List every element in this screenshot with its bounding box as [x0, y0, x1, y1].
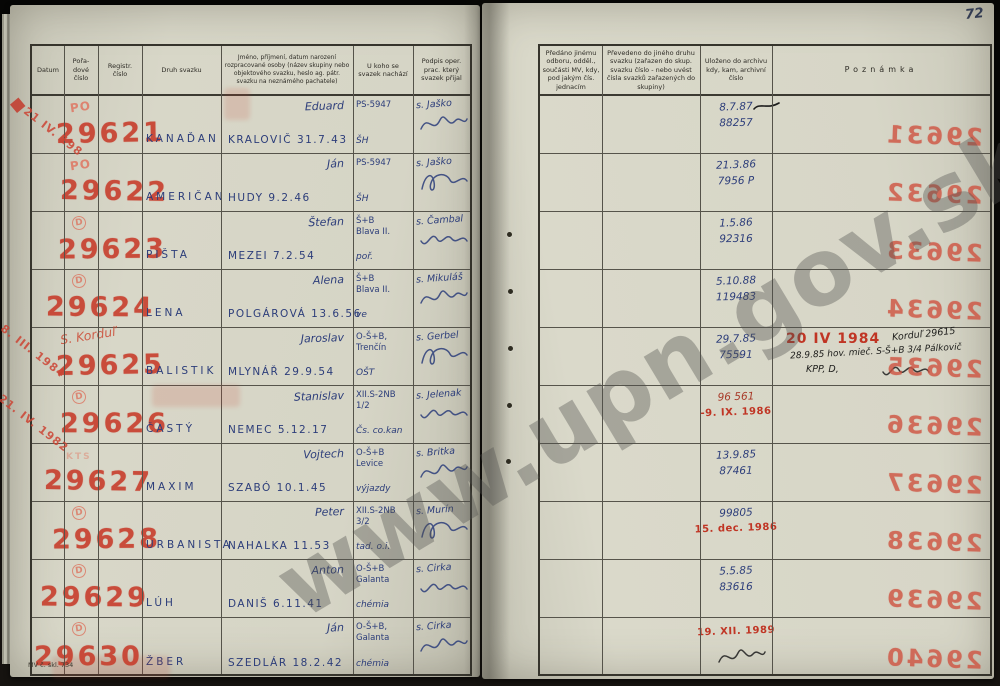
archive-date: 96 561	[700, 390, 772, 405]
binding-stitch-hole	[507, 232, 512, 237]
d-mark: D	[71, 273, 87, 289]
first-name: Stanislav	[230, 389, 344, 406]
signature-scribble	[716, 644, 768, 668]
archive-date-stamp: -9. IX. 1986	[688, 405, 784, 419]
mirrored-bleed-stamp: 29639	[883, 584, 982, 615]
first-name: Vojtech	[230, 447, 344, 464]
file-codename: KANAĎAN	[146, 133, 219, 145]
signature-scribble	[418, 169, 470, 193]
surname-and-dob: SZABÓ 10.1.45	[228, 482, 327, 494]
page-number: 72	[964, 5, 984, 23]
signature-scribble	[418, 633, 470, 657]
po-mark: PO	[69, 99, 92, 116]
col-header-podpis: Podpis oper. prac. který svazek přijal	[413, 46, 470, 94]
register-row: 8.7.8788257 29631	[540, 96, 990, 154]
receiving-officer: s. Cirka	[416, 562, 452, 575]
signature-scribble	[418, 517, 470, 541]
receiving-officer: s. Jelenak	[416, 387, 462, 401]
d-mark: D	[71, 505, 87, 521]
column-divider	[700, 46, 701, 674]
receiving-officer: s. Murín	[416, 504, 454, 518]
holder-unit: O-Š+B, Galanta	[356, 622, 412, 643]
file-codename: PIŠTA	[146, 249, 190, 261]
col-header-poznamka: Poznámka	[772, 46, 990, 94]
mirrored-bleed-stamp: 29637	[883, 468, 982, 499]
registration-number-stamp: 29628	[52, 524, 161, 556]
scanned-register-photo: Datum Pořa-dové číslo Registr. číslo Dru…	[0, 0, 1000, 686]
register-row: 29.7.857559120 IV 1984 Korduľ 29615 28.9…	[540, 328, 990, 386]
first-name: Ján	[230, 157, 344, 174]
mirrored-bleed-stamp: 29636	[883, 410, 982, 441]
left-register-table: Datum Pořa-dové číslo Registr. číslo Dru…	[30, 44, 472, 676]
first-name: Alena	[230, 273, 344, 290]
surname-and-dob: SZEDLÁR 18.2.42	[228, 657, 343, 669]
red-script-note: S. Korduľ	[59, 324, 116, 348]
registration-number-stamp: 29624	[46, 292, 155, 324]
binding-stitch-hole	[506, 459, 511, 464]
kts-mark: KTS	[66, 452, 92, 462]
file-codename: AMERIČAN	[146, 191, 226, 203]
column-divider	[221, 46, 222, 674]
archive-number: 7956 P	[700, 174, 772, 187]
signature-scribble	[418, 401, 470, 425]
holder-unit: XII.S-2NB 1/2	[356, 390, 412, 411]
mirrored-bleed-stamp: 29634	[883, 294, 982, 325]
holder-unit: O-Š+B, Trenčín	[356, 332, 412, 353]
archive-number: 88257	[700, 116, 772, 129]
archive-date: 13.9.85	[700, 448, 772, 463]
column-divider	[142, 46, 143, 674]
first-name: Peter	[230, 505, 344, 522]
po-mark: PO	[69, 157, 92, 174]
register-row: 19. XII. 1989 29640	[540, 618, 990, 676]
archive-date: 5.10.88	[700, 274, 772, 289]
pen-scribble	[752, 100, 782, 112]
file-codename: MAXIM	[146, 481, 197, 493]
first-name: Jaroslav	[230, 331, 344, 348]
register-row: 5.10.8811948329634	[540, 270, 990, 328]
surname-and-dob: POLGÁROVÁ 13.6.56	[228, 308, 362, 320]
receiving-officer: s. Gerbel	[416, 330, 459, 344]
column-divider	[413, 46, 414, 674]
receiving-officer: s. Jaško	[416, 98, 453, 111]
d-mark: D	[71, 621, 87, 637]
column-divider	[772, 46, 773, 674]
register-row: 21.3.867956 P29632	[540, 154, 990, 212]
file-codename: URBANISTA	[146, 539, 233, 551]
holder-unit: XII.S-2NB 3/2	[356, 506, 412, 527]
archive-number: 87461	[700, 464, 772, 477]
holder-unit: O-Š+B Galanta	[356, 564, 412, 585]
holder-unit: Š+B Blava II.	[356, 274, 412, 295]
signature-scribble	[418, 285, 470, 309]
col-header-jmeno: Jméno, příjmení, datum narození rozpraco…	[221, 46, 353, 94]
register-row: 1.5.869231629633	[540, 212, 990, 270]
holder-note: chémia	[356, 600, 412, 610]
form-code: MV č. skl. 734	[28, 661, 73, 669]
binding-stitch-hole	[507, 403, 512, 408]
col-header-registr: Registr. číslo	[98, 46, 142, 94]
archive-number: 92316	[700, 232, 772, 245]
d-mark: D	[71, 215, 87, 231]
surname-and-dob: KRALOVIČ 31.7.43	[228, 134, 348, 146]
d-mark: D	[71, 389, 87, 405]
binding-stitch-hole	[508, 346, 513, 351]
note-line: Korduľ 29615	[892, 326, 956, 344]
bleed-mark	[224, 88, 250, 120]
file-codename: LENA	[146, 307, 186, 319]
column-divider	[353, 46, 354, 674]
holder-note: ŠH	[356, 136, 412, 146]
archive-number: 75591	[700, 348, 772, 361]
right-table-header: Předáno jinému odboru, odděl., součásti …	[540, 46, 990, 96]
d-mark: D	[71, 563, 87, 579]
first-name: Štefan	[230, 215, 344, 232]
mirrored-bleed-stamp: 29635	[883, 352, 982, 383]
first-name: Anton	[230, 563, 344, 580]
register-row: 9980515. dec. 198629638	[540, 502, 990, 560]
column-divider	[602, 46, 603, 674]
register-row: 5.5.858361629639	[540, 560, 990, 618]
column-divider	[98, 46, 99, 674]
receiving-officer: s. Cirka	[416, 620, 452, 633]
receiving-officer: s. Mikuláš	[416, 271, 463, 285]
holder-unit: PS-5947	[356, 100, 412, 111]
holder-unit: PS-5947	[356, 158, 412, 169]
right-register-table: Předáno jinému odboru, odděl., součásti …	[538, 44, 992, 676]
holder-note: výjazdy	[356, 484, 412, 494]
registration-number-stamp: 29629	[40, 582, 149, 614]
signature-scribble	[418, 111, 470, 135]
mirrored-bleed-stamp: 29631	[883, 120, 982, 151]
archive-date: 1.5.86	[700, 216, 772, 231]
first-name: Ján	[230, 621, 344, 638]
holder-note: OŠT	[356, 368, 412, 378]
holder-note: Čs. co.kan	[356, 426, 412, 436]
holder-note: poř.	[356, 252, 412, 262]
signature-scribble	[418, 227, 470, 251]
mirrored-bleed-stamp: 29632	[883, 178, 982, 209]
register-row: 96 561-9. IX. 198629636	[540, 386, 990, 444]
file-codename: ČASTÝ	[146, 423, 195, 435]
file-codename: LÚH	[146, 597, 176, 609]
archive-date: 99805	[700, 506, 772, 521]
mirrored-bleed-stamp: 29638	[883, 526, 982, 557]
note-line: KPP, D,	[806, 364, 839, 375]
signature-scribble	[418, 575, 470, 599]
col-header-poradove: Pořa-dové číslo	[64, 46, 98, 94]
archive-date: 29.7.85	[700, 332, 772, 347]
signature-scribble	[418, 343, 470, 367]
mirrored-bleed-stamp: 29640	[883, 643, 982, 674]
signature-scribble	[418, 459, 470, 483]
surname-and-dob: MLYNÁŘ 29.9.54	[228, 366, 335, 378]
col-header-ukoho: U koho se svazek nachází	[353, 46, 413, 94]
register-row: 13.9.858746129637	[540, 444, 990, 502]
surname-and-dob: DANIŠ 6.11.41	[228, 598, 324, 610]
mirrored-bleed-stamp: 29633	[883, 236, 982, 267]
holder-note: ve	[356, 310, 412, 320]
col-header-ulozeno: Uloženo do archivu kdy, kam, archivní čí…	[700, 46, 772, 94]
archive-number: 119483	[700, 290, 772, 303]
surname-and-dob: NAHALKA 11.53	[228, 540, 331, 552]
archive-number: 83616	[700, 580, 772, 593]
archive-date-stamp: 15. dec. 1986	[688, 521, 784, 535]
col-header-prevedeno: Převedeno do jiného druhu svazku (zařaze…	[602, 46, 700, 94]
binding-stitch-hole	[508, 289, 513, 294]
receiving-officer: s. Jaško	[416, 156, 453, 169]
holder-note: chémia	[356, 659, 412, 669]
holder-unit: O-Š+B Levice	[356, 448, 412, 469]
surname-and-dob: HUDY 9.2.46	[228, 192, 311, 204]
surname-and-dob: NEMEC 5.12.17	[228, 424, 328, 436]
receiving-officer: s. Čambal	[416, 213, 464, 227]
col-header-datum: Datum	[32, 46, 64, 94]
col-header-druh: Druh svazku	[142, 46, 221, 94]
col-header-predano: Předáno jinému odboru, odděl., součásti …	[540, 46, 602, 94]
file-codename: BALISTIK	[146, 365, 216, 377]
note-date-stamp: 20 IV 1984	[786, 331, 880, 347]
holder-note: ŠH	[356, 194, 412, 204]
surname-and-dob: MEZEI 7.2.54	[228, 250, 315, 262]
archive-date-stamp: 19. XII. 1989	[688, 624, 784, 638]
holder-note: tad. o.i.	[356, 542, 412, 552]
archive-date: 5.5.85	[700, 564, 772, 579]
bleed-mark	[152, 385, 240, 407]
archive-date: 21.3.86	[700, 158, 772, 173]
receiving-officer: s. Britka	[416, 446, 456, 460]
holder-unit: Š+B Blava II.	[356, 216, 412, 237]
